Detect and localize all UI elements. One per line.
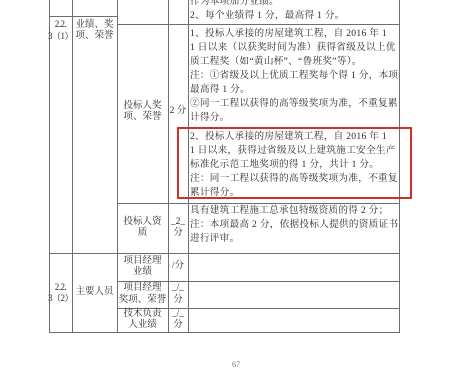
criteria-line: 1 日以来（以获奖时间为准）获得省级及以上优 xyxy=(190,41,399,55)
item-tech-lead-performance: 技术负责 人业绩 xyxy=(117,309,168,331)
criteria-carryover: 作为本项加分业绩。 2、每个业绩得 1 分，最高得 1 分。 xyxy=(190,0,399,23)
item-line: 业绩 xyxy=(133,267,152,279)
criteria-line: 2、每个业绩得 1 分，最高得 1 分。 xyxy=(190,9,399,23)
row-id-line: 2.2. xyxy=(55,282,67,294)
criteria-line: 质工程奖（如“黄山杯”、“鲁班奖”等）。 xyxy=(190,55,399,69)
score-value: _2_ xyxy=(171,217,185,229)
criteria-line: 注：本项最高 2 分，依据投标人提供的资质证书 xyxy=(190,218,399,232)
row-id-line: 3（1） xyxy=(48,31,73,43)
score-pm-performance: /分 xyxy=(168,254,188,280)
item-line: 投标人资 xyxy=(123,217,161,229)
page-number: 67 xyxy=(222,360,250,369)
grid-line-horizontal xyxy=(49,332,400,333)
criteria-line: 作为本项加分业绩。 xyxy=(190,0,399,9)
category-key-personnel: 主要人员 xyxy=(72,253,117,332)
item-line: 投标人奖 xyxy=(123,101,161,113)
score-value: 2 分 xyxy=(170,106,187,118)
item-bidder-qualification: 投标人资 质 xyxy=(117,205,168,251)
score-value: _/_ xyxy=(172,309,184,321)
criteria-line: 具有建筑工程施工总承包特级资质的得 2 分； xyxy=(190,204,399,218)
criteria-line: 进行评审。 xyxy=(190,232,399,246)
criteria-line: 最高得 1 分。 xyxy=(190,83,399,97)
category-line: 业绩、奖 xyxy=(75,20,113,32)
score-pm-awards: _/_ 分 xyxy=(168,282,188,307)
document-page: 作为本项加分业绩。 2、每个业绩得 1 分，最高得 1 分。 2.2. 3（1）… xyxy=(0,0,466,380)
item-line: 项目经理 xyxy=(123,256,161,268)
score-value: 分 xyxy=(173,295,183,307)
item-pm-performance: 项目经理 业绩 xyxy=(117,254,168,280)
criteria-bidder-qualification: 具有建筑工程施工总承包特级资质的得 2 分； 注：本项最高 2 分，依据投标人提… xyxy=(190,204,399,246)
criteria-line: ②同一工程以获得的高等级奖项为准，不重复累 xyxy=(190,97,399,111)
item-line: 质 xyxy=(138,228,148,240)
criteria-line: 1、投标人承接的房屋建筑工程，自 2016 年 1 月 xyxy=(190,27,399,41)
score-value: 分 xyxy=(173,320,183,332)
row-id-line: 2.2. xyxy=(55,19,67,31)
grid-line-horizontal xyxy=(117,24,400,25)
score-tech-lead-performance: _/_ 分 xyxy=(168,309,188,331)
item-line: 奖项、荣誉 xyxy=(119,295,167,307)
item-bidder-awards: 投标人奖 项、荣誉 xyxy=(117,96,168,128)
red-highlight-box xyxy=(177,127,412,199)
criteria-line: 计得分。 xyxy=(190,111,399,125)
score-bidder-awards: 2 分 xyxy=(168,96,188,128)
score-bidder-qualification: _2_ 分 xyxy=(168,205,188,251)
item-pm-awards: 项目经理 奖项、荣誉 xyxy=(117,282,168,307)
criteria-bidder-awards-1: 1、投标人承接的房屋建筑工程，自 2016 年 1 月 1 日以来（以获奖时间为… xyxy=(190,27,399,125)
row-id-2-2-3-2: 2.2. 3（2） xyxy=(49,278,72,308)
row-id-line: 3（2） xyxy=(48,293,73,305)
score-value: /分 xyxy=(172,261,184,273)
item-line: 项、荣誉 xyxy=(123,112,161,124)
item-line: 技术负责 xyxy=(123,309,161,321)
category-awards-honors: 业绩、奖 项、荣誉 xyxy=(72,17,117,45)
category-line: 主要人员 xyxy=(75,287,113,299)
item-line: 人业绩 xyxy=(128,320,157,332)
criteria-line: 注：①省级及以上优质工程奖每个得 1 分，本项 xyxy=(190,69,399,83)
score-value: _/_ xyxy=(172,283,184,295)
category-line: 项、荣誉 xyxy=(75,31,113,43)
item-line: 项目经理 xyxy=(123,283,161,295)
row-id-2-2-3-1: 2.2. 3（1） xyxy=(49,17,72,44)
score-value: 分 xyxy=(173,228,183,240)
